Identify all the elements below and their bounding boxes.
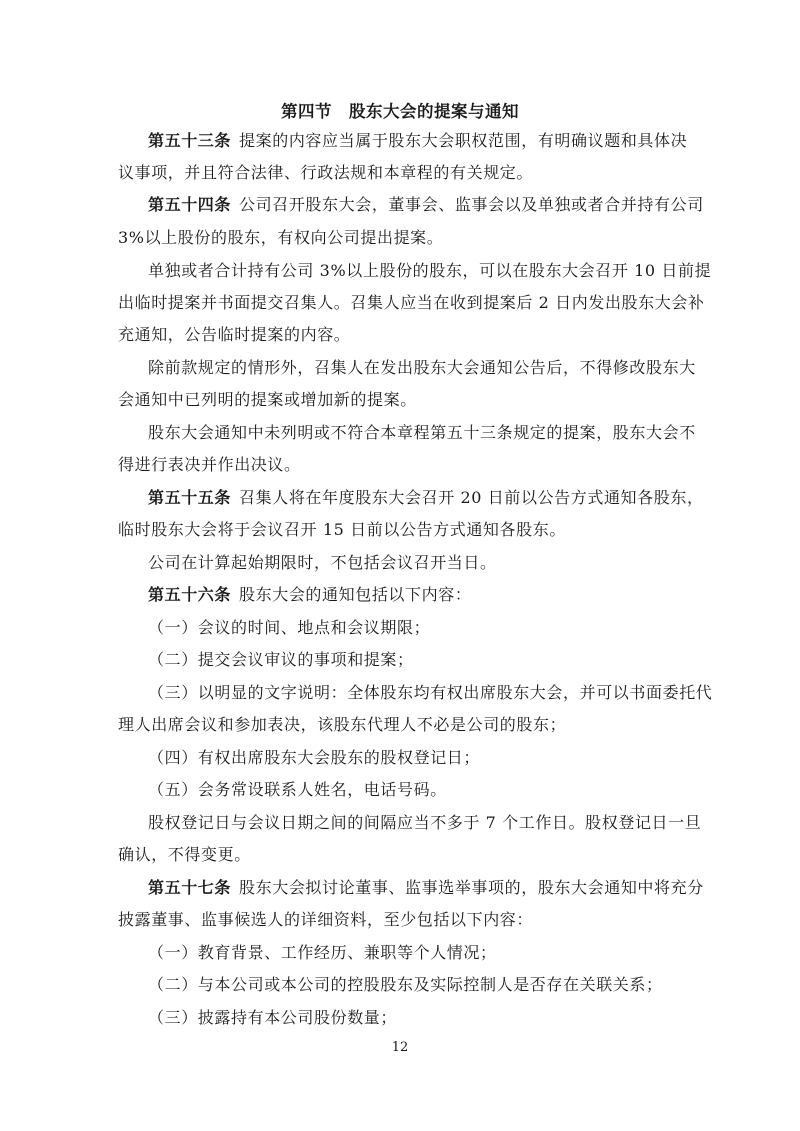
paragraph-line: 确认，不得变更。: [118, 842, 251, 865]
paragraph-line: 公司在计算起始期限时，不包括会议召开当日。: [148, 550, 497, 573]
article-56-line-1: 第五十六条股东大会的通知包括以下内容：: [148, 582, 471, 605]
article-55-line-2: 临时股东大会将于会议召开 15 日前以公告方式通知各股东。: [118, 517, 566, 540]
paragraph-line: 股东大会通知中未列明或不符合本章程第五十三条规定的提案，股东大会不: [148, 420, 696, 443]
article-57-line-2: 披露董事、监事候选人的详细资料，至少包括以下内容：: [118, 907, 533, 930]
paragraph-line: 股权登记日与会议日期之间的间隔应当不多于 7 个工作日。股权登记日一旦: [148, 810, 701, 833]
list-item: （一）教育背景、工作经历、兼职等个人情况；: [148, 940, 497, 963]
article-54-line-2: 3%以上股份的股东，有权向公司提出提案。: [118, 225, 443, 248]
article-number: 第五十四条: [148, 195, 231, 214]
article-54-line-1: 第五十四条公司召开股东大会，董事会、监事会以及单独或者合并持有公司: [148, 192, 704, 215]
paragraph-line: 出临时提案并书面提交召集人。召集人应当在收到提案后 2 日内发出股东大会补: [118, 290, 705, 313]
paragraph-line: 除前款规定的情形外，召集人在发出股东大会通知公告后，不得修改股东大: [148, 355, 696, 378]
article-number: 第五十六条: [148, 585, 231, 604]
paragraph-line: 会通知中已列明的提案或增加新的提案。: [118, 387, 417, 410]
document-page: 第四节 股东大会的提案与通知 第五十三条提案的内容应当属于股东大会职权范围，有明…: [0, 0, 800, 1131]
list-item: （三）以明显的文字说明：全体股东均有权出席股东大会，并可以书面委托代: [148, 680, 712, 703]
paragraph-line: 充通知，公告临时提案的内容。: [118, 322, 350, 345]
article-number: 第五十三条: [148, 131, 231, 150]
paragraph-line: 得进行表决并作出决议。: [118, 452, 301, 475]
article-57-line-1: 第五十七条股东大会拟讨论董事、监事选举事项的，股东大会通知中将充分: [148, 875, 704, 898]
article-number: 第五十七条: [148, 878, 231, 897]
article-53-line-1: 第五十三条提案的内容应当属于股东大会职权范围，有明确议题和具体决: [148, 128, 687, 151]
list-item: （二）与本公司或本公司的控股股东及实际控制人是否存在关联关系；: [148, 972, 663, 995]
list-item: （四）有权出席股东大会股东的股权登记日；: [148, 745, 480, 768]
list-item: （五）会务常设联系人姓名，电话号码。: [148, 777, 447, 800]
article-53-line-2: 议事项，并且符合法律、行政法规和本章程的有关规定。: [118, 160, 533, 183]
list-item: （三）披露持有本公司股份数量；: [148, 1005, 397, 1028]
article-number: 第五十五条: [148, 488, 231, 507]
list-item: （二）提交会议审议的事项和提案；: [148, 647, 414, 670]
section-title: 第四节 股东大会的提案与通知: [0, 98, 800, 122]
list-item-continuation: 理人出席会议和参加表决，该股东代理人不必是公司的股东；: [118, 712, 566, 735]
article-55-line-1: 第五十五条召集人将在年度股东大会召开 20 日前以公告方式通知各股东，: [148, 485, 704, 508]
paragraph-line: 单独或者合计持有公司 3%以上股份的股东，可以在股东大会召开 10 日前提: [148, 258, 711, 281]
list-item: （一）会议的时间、地点和会议期限；: [148, 615, 430, 638]
page-number: 12: [0, 1040, 800, 1055]
